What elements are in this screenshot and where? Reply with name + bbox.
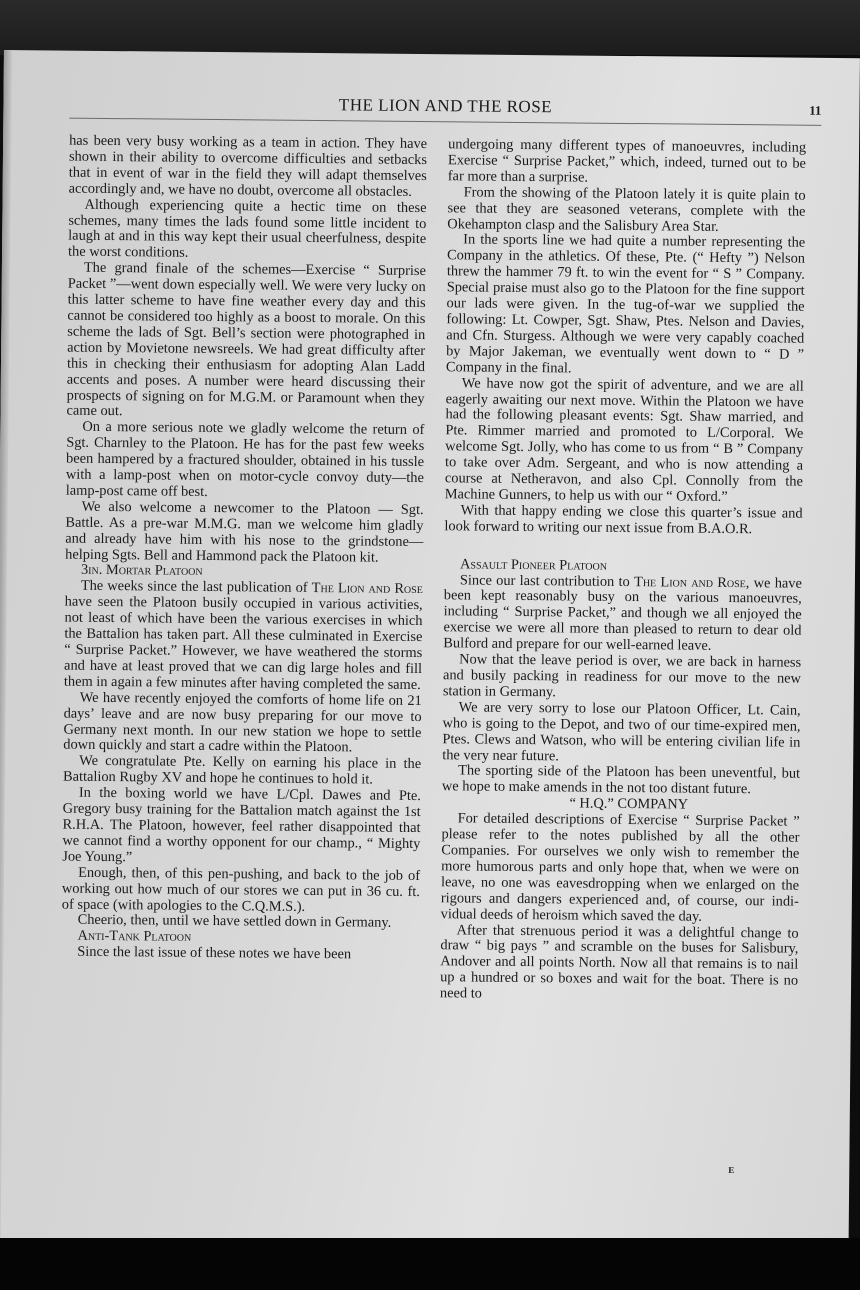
paragraph-text: Since our last contribution to [460,572,634,590]
paragraph: From the showing of the Platoon lately i… [447,185,805,236]
paragraph: We have now got the spirit of adventure,… [445,376,804,507]
paragraph: The weeks since the last publication of … [64,579,423,694]
paragraph: We are very sorry to lose our Platoon Of… [442,700,801,767]
paragraph: We congratulate Pte. Kelly on earning hi… [63,754,421,789]
scan-background-top [0,0,860,55]
paragraph: has been very busy working as a team in … [69,134,428,201]
paragraph: Now that the leave period is over, we ar… [443,652,801,703]
publication-name-inline: The Lion and Rose [634,574,746,591]
scan-background-bottom [0,1238,860,1290]
paragraph: The sporting side of the Platoon has bee… [442,764,800,799]
paragraph: For detailed descriptions of Exercise “ … [441,811,800,926]
paragraph: In the sports line we had quite a number… [446,233,805,380]
paragraph: After that strenuous period it was a del… [440,923,799,1006]
page-edge [0,50,12,1240]
paragraph: With that happy ending we close this qua… [444,503,802,538]
page-number: 11 [809,103,821,119]
paragraph: We have recently enjoyed the comforts of… [63,690,422,757]
paragraph: undergoing many different types of manoe… [448,137,806,188]
paragraph: Although experiencing quite a hectic tim… [68,197,427,264]
paragraph: In the boxing world we have L/Cpl. Dawes… [62,786,421,869]
paragraph: Since the last issue of these notes we h… [61,945,419,964]
publication-title: THE LION AND THE ROSE [69,93,821,120]
paragraph: On a more serious note we gladly welcome… [66,420,425,503]
running-header: THE LION AND THE ROSE 11 [69,93,821,130]
publication-name-inline: The Lion and Rose [312,580,423,597]
printer-signature-mark: E [728,1165,734,1175]
paragraph: The grand finale of the schemes—Exercise… [66,261,426,423]
header-rule [69,118,821,126]
paragraph-text: have seen the Platoon busily occupied in… [64,594,423,693]
paragraph: We also welcome a newcomer to the Platoo… [65,499,424,566]
paragraph: Enough, then, of this pen-pushing, and b… [62,865,420,916]
paragraph: Since our last contribution to The Lion … [443,573,802,656]
magazine-page: THE LION AND THE ROSE 11 has been very b… [0,50,860,1248]
right-column: undergoing many different types of manoe… [440,137,806,1005]
left-column: has been very busy working as a team in … [61,134,427,965]
